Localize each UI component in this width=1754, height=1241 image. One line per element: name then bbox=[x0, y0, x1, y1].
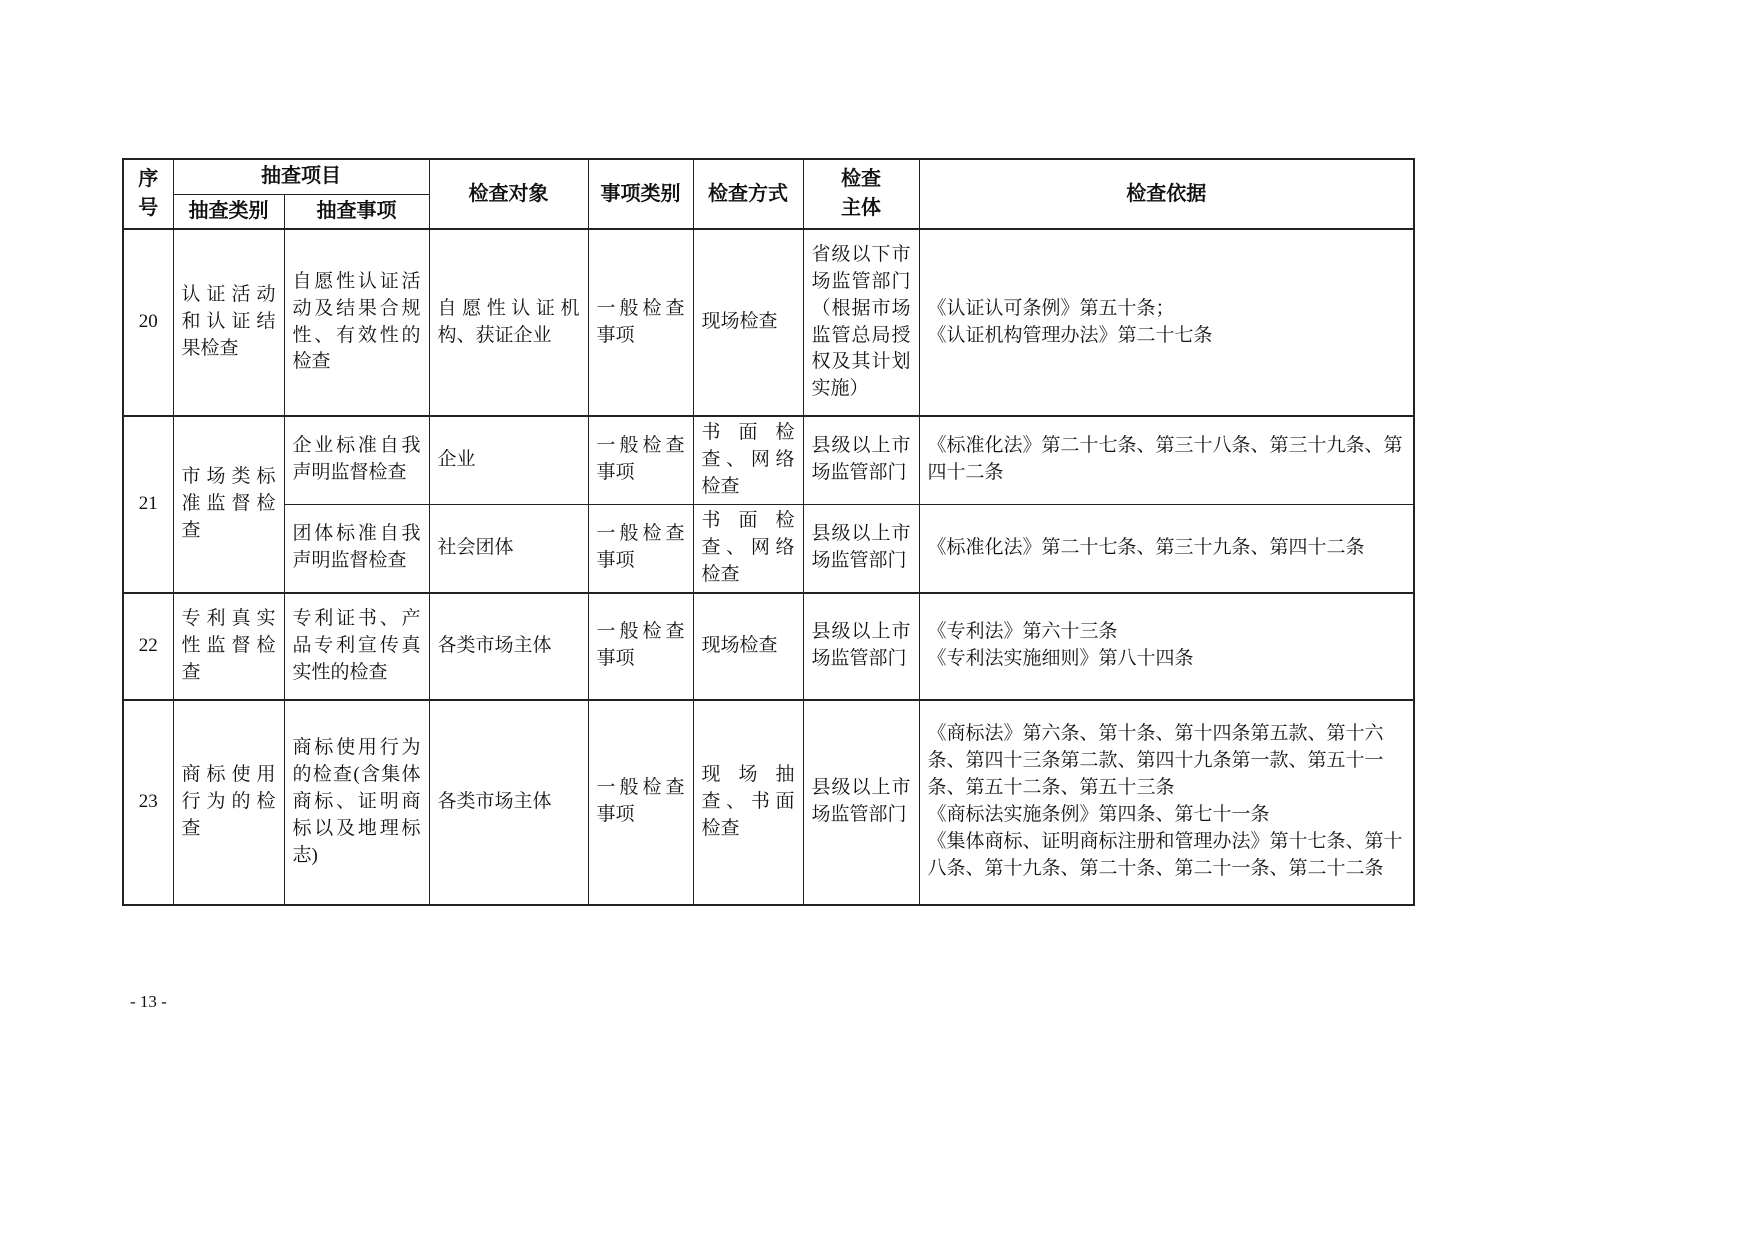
table-body: 20 认证活动和认证结果检查 自愿性认证活动及结果合规性、有效性的检查 自愿性认… bbox=[123, 229, 1414, 905]
cell-method-21b: 书面检查、网络检查 bbox=[693, 504, 803, 592]
cell-method-22: 现场检查 bbox=[693, 593, 803, 700]
cell-category-21: 市场类标准监督检查 bbox=[173, 416, 284, 593]
cell-category-22: 专利真实性监督检查 bbox=[173, 593, 284, 700]
inspection-items-table: 序 号 抽查项目 检查对象 事项类别 检查方式 检查 主体 检查依据 抽查类别 … bbox=[122, 158, 1415, 906]
cell-category-20: 认证活动和认证结果检查 bbox=[173, 229, 284, 416]
cell-item-23: 商标使用行为的检查(含集体商标、证明商标以及地理标志) bbox=[284, 700, 429, 905]
document-page: 序 号 抽查项目 检查对象 事项类别 检查方式 检查 主体 检查依据 抽查类别 … bbox=[0, 0, 1754, 1241]
cell-subject-22: 县级以上市场监管部门 bbox=[803, 593, 919, 700]
header-serial-no: 序 号 bbox=[123, 159, 173, 229]
cell-item-21b: 团体标准自我声明监督检查 bbox=[284, 504, 429, 592]
header-sampling-item: 抽查事项 bbox=[284, 194, 429, 229]
cell-target-20: 自愿性认证机构、获证企业 bbox=[429, 229, 588, 416]
table-row-20: 20 认证活动和认证结果检查 自愿性认证活动及结果合规性、有效性的检查 自愿性认… bbox=[123, 229, 1414, 416]
header-inspection-target: 检查对象 bbox=[429, 159, 588, 229]
cell-item-21a: 企业标准自我声明监督检查 bbox=[284, 416, 429, 504]
cell-item-type-22: 一般检查事项 bbox=[588, 593, 693, 700]
cell-item-type-21a: 一般检查事项 bbox=[588, 416, 693, 504]
cell-basis-22: 《专利法》第六十三条 《专利法实施细则》第八十四条 bbox=[919, 593, 1414, 700]
cell-method-23: 现场抽查、书面检查 bbox=[693, 700, 803, 905]
header-sampling-group: 抽查项目 bbox=[173, 159, 429, 194]
cell-basis-21b: 《标准化法》第二十七条、第三十九条、第四十二条 bbox=[919, 504, 1414, 592]
cell-no-22: 22 bbox=[123, 593, 173, 700]
cell-method-20: 现场检查 bbox=[693, 229, 803, 416]
cell-basis-20: 《认证认可条例》第五十条； 《认证机构管理办法》第二十七条 bbox=[919, 229, 1414, 416]
cell-target-21b: 社会团体 bbox=[429, 504, 588, 592]
header-sampling-category: 抽查类别 bbox=[173, 194, 284, 229]
cell-subject-23: 县级以上市场监管部门 bbox=[803, 700, 919, 905]
page-number: - 13 - bbox=[130, 992, 167, 1012]
header-row-1: 序 号 抽查项目 检查对象 事项类别 检查方式 检查 主体 检查依据 bbox=[123, 159, 1414, 194]
cell-method-21a: 书面检查、网络检查 bbox=[693, 416, 803, 504]
cell-basis-21a: 《标准化法》第二十七条、第三十八条、第三十九条、第四十二条 bbox=[919, 416, 1414, 504]
cell-item-type-21b: 一般检查事项 bbox=[588, 504, 693, 592]
cell-no-21: 21 bbox=[123, 416, 173, 593]
cell-item-type-23: 一般检查事项 bbox=[588, 700, 693, 905]
header-inspection-subject: 检查 主体 bbox=[803, 159, 919, 229]
table-row-23: 23 商标使用行为的检查 商标使用行为的检查(含集体商标、证明商标以及地理标志)… bbox=[123, 700, 1414, 905]
table-row-21b: 团体标准自我声明监督检查 社会团体 一般检查事项 书面检查、网络检查 县级以上市… bbox=[123, 504, 1414, 592]
table-header: 序 号 抽查项目 检查对象 事项类别 检查方式 检查 主体 检查依据 抽查类别 … bbox=[123, 159, 1414, 229]
table-row-22: 22 专利真实性监督检查 专利证书、产品专利宣传真实性的检查 各类市场主体 一般… bbox=[123, 593, 1414, 700]
cell-no-23: 23 bbox=[123, 700, 173, 905]
cell-subject-20: 省级以下市场监管部门（根据市场监管总局授权及其计划实施） bbox=[803, 229, 919, 416]
header-item-type: 事项类别 bbox=[588, 159, 693, 229]
cell-subject-21b: 县级以上市场监管部门 bbox=[803, 504, 919, 592]
cell-target-22: 各类市场主体 bbox=[429, 593, 588, 700]
cell-item-20: 自愿性认证活动及结果合规性、有效性的检查 bbox=[284, 229, 429, 416]
header-inspection-method: 检查方式 bbox=[693, 159, 803, 229]
cell-category-23: 商标使用行为的检查 bbox=[173, 700, 284, 905]
cell-target-23: 各类市场主体 bbox=[429, 700, 588, 905]
cell-item-type-20: 一般检查事项 bbox=[588, 229, 693, 416]
table-row-21a: 21 市场类标准监督检查 企业标准自我声明监督检查 企业 一般检查事项 书面检查… bbox=[123, 416, 1414, 504]
cell-item-22: 专利证书、产品专利宣传真实性的检查 bbox=[284, 593, 429, 700]
cell-target-21a: 企业 bbox=[429, 416, 588, 504]
cell-subject-21a: 县级以上市场监管部门 bbox=[803, 416, 919, 504]
header-inspection-basis: 检查依据 bbox=[919, 159, 1414, 229]
cell-basis-23: 《商标法》第六条、第十条、第十四条第五款、第十六条、第四十三条第二款、第四十九条… bbox=[919, 700, 1414, 905]
cell-no-20: 20 bbox=[123, 229, 173, 416]
